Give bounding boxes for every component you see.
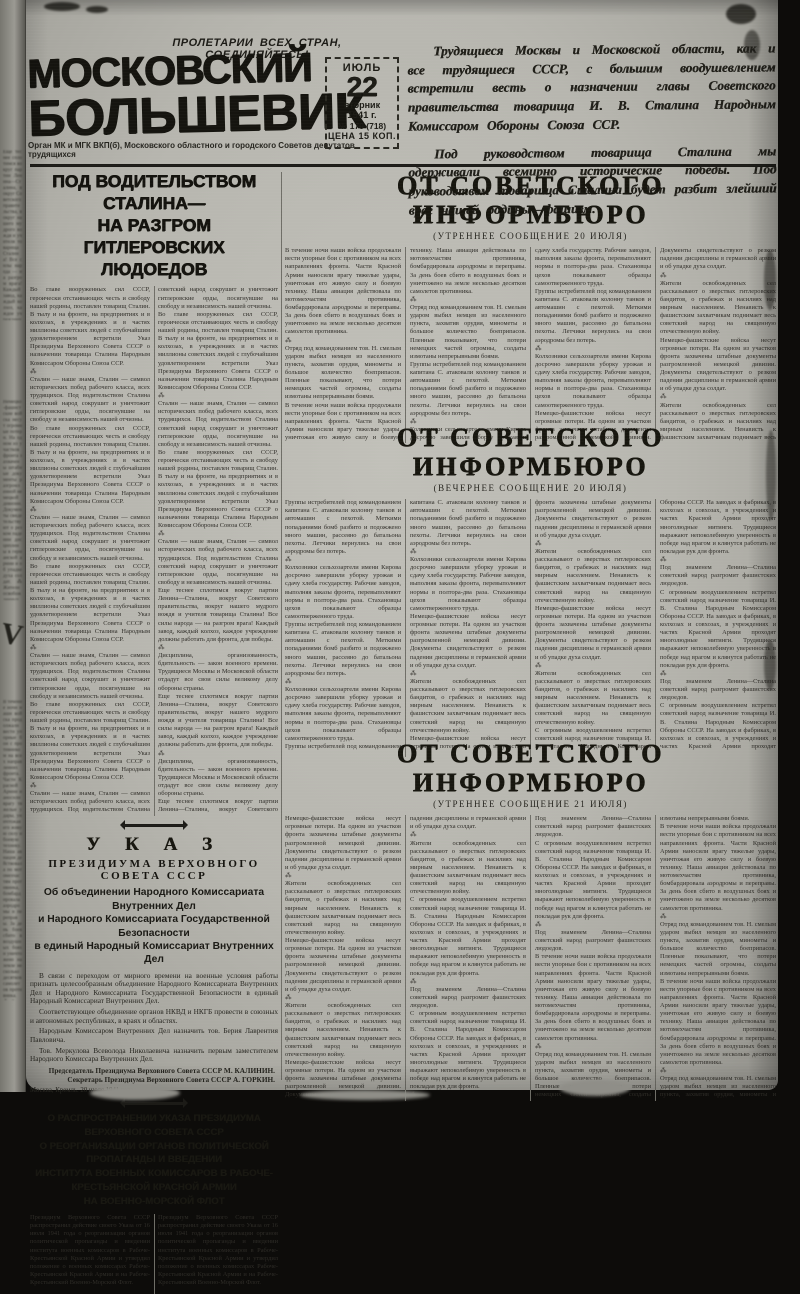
masthead-title-line2: БОЛЬШЕВИК <box>28 85 341 144</box>
adjacent-page-text-fragment: Немецко-фашистские войска несут огромные… <box>3 400 22 600</box>
newspaper-page: ПРОЛЕТАРИИ ВСЕХ СТРАН, СОЕДИНЯЙТЕСЬ! МОС… <box>26 0 778 1090</box>
communique-body-text: В течение ночи наши войска продолжали ве… <box>285 247 776 443</box>
adjacent-page-edge: Еще теснее сплотимся вокруг партии Ленин… <box>0 0 26 1092</box>
informbyuro-subtitle: (УТРЕННЕЕ СООБЩЕНИЕ 20 ИЮЛЯ) <box>285 231 776 241</box>
informbyuro-section-morning-21: ОТ СОВЕТСКОГО ИНФОРМБЮРО (УТРЕННЕЕ СООБЩ… <box>285 740 776 1101</box>
informbyuro-section-morning-20: ОТ СОВЕТСКОГО ИНФОРМБЮРО (УТРЕННЕЕ СООБЩ… <box>285 172 776 443</box>
ukaz-subject-line3: в единый Народный Комиссариат Внутренних… <box>30 940 278 967</box>
scan-artifact <box>44 2 80 11</box>
communique-body-text: Немецко-фашистские войска несут огромные… <box>285 815 776 1101</box>
scan-artifact <box>764 250 776 310</box>
scan-artifact <box>86 6 108 13</box>
ukaz-body: В связи с переходом от мирного времени н… <box>30 972 278 1064</box>
informbyuro-title: ОТ СОВЕТСКОГО ИНФОРМБЮРО <box>285 172 776 229</box>
decree2-headline-line1: О РАСПРОСТРАНЕНИИ УКАЗА ПРЕЗИДИУМА ВЕРХО… <box>30 1112 278 1118</box>
ukaz-subject: Об объединении Народного Комиссариата Вн… <box>30 886 278 966</box>
ukaz-title: У К А З <box>30 834 278 856</box>
decree2-headline: О РАСПРОСТРАНЕНИИ УКАЗА ПРЕЗИДИУМА ВЕРХО… <box>30 1112 278 1118</box>
column-divider-rule <box>281 172 282 1080</box>
issue-price: ЦЕНА 15 КОП. <box>327 131 397 141</box>
issue-weekday: вторник <box>327 100 397 110</box>
torn-edge-fragment <box>560 1080 630 1096</box>
ukaz-paragraph: Тов. Меркулова Всеволода Николаевича наз… <box>30 1047 278 1064</box>
informbyuro-section-evening-20: ОТ СОВЕТСКОГО ИНФОРМБЮРО (ВЕЧЕРНЕЕ СООБЩ… <box>285 424 776 757</box>
handwritten-check-mark: V <box>0 616 25 653</box>
headline-line1: ПОД ВОДИТЕЛЬСТВОМ СТАЛИНА— <box>30 171 278 215</box>
scan-artifact <box>766 430 776 520</box>
ukaz-subject-line2: и Народного Комиссариата Государственной… <box>30 913 278 940</box>
double-arrow-divider <box>125 824 183 827</box>
scan-artifact <box>744 30 760 60</box>
torn-edge-fragment <box>300 1090 430 1100</box>
double-arrow-divider <box>125 1102 183 1105</box>
torn-edge-fragment <box>90 1086 180 1100</box>
left-article-body-text: Во главе вооруженных сил СССР, героическ… <box>30 286 278 816</box>
body-text-fragment: В течение ночи наши войска продолжали ве… <box>285 247 526 441</box>
scan-artifact <box>726 4 756 24</box>
headline-line2: НА РАЗГРОМ ГИТЛЕРОВСКИХ ЛЮДОЕДОВ <box>30 215 278 281</box>
lead-paragraph-1: Трудящиеся Москвы и Московской области, … <box>407 39 776 136</box>
ukaz-paragraph: В связи с переходом от мирного времени н… <box>30 972 278 1006</box>
header-divider-rule <box>30 164 776 167</box>
informbyuro-subtitle: (ВЕЧЕРНЕЕ СООБЩЕНИЕ 20 ИЮЛЯ) <box>285 483 776 493</box>
masthead: МОСКОВСКИЙ БОЛЬШЕВИК <box>27 46 341 144</box>
ukaz-paragraph: Народным Комиссаром Внутренних Дел назна… <box>30 1027 278 1044</box>
left-article-headline: ПОД ВОДИТЕЛЬСТВОМ СТАЛИНА— НА РАЗГРОМ ГИ… <box>30 171 278 280</box>
scan-artifact <box>764 640 776 690</box>
adjacent-page-text-fragment: Еще теснее сплотимся вокруг партии Ленин… <box>3 150 22 320</box>
masthead-subtitle: Орган МК и МГК ВКП(б), Московского облас… <box>28 141 358 159</box>
issue-date-box: ИЮЛЬ 22 вторник 1941 г. № 170 (718) ЦЕНА… <box>325 57 399 149</box>
informbyuro-subtitle: (УТРЕННЕЕ СООБЩЕНИЕ 21 ИЮЛЯ) <box>285 799 776 809</box>
informbyuro-title: ОТ СОВЕТСКОГО ИНФОРМБЮРО <box>285 740 776 797</box>
left-article-block: ПОД ВОДИТЕЛЬСТВОМ СТАЛИНА— НА РАЗГРОМ ГИ… <box>30 171 278 1118</box>
ukaz-subject-line1: Об объединении Народного Комиссариата Вн… <box>30 886 278 913</box>
issue-year: 1941 г. <box>327 110 397 121</box>
ukaz-subtitle: ПРЕЗИДИУМА ВЕРХОВНОГО СОВЕТА СССР <box>30 858 278 882</box>
adjacent-page-text-fragment: В течение ночи наши войска продолжали ве… <box>3 700 22 1000</box>
issue-number: № 170 (718) <box>327 121 397 131</box>
ukaz-signature-chairman: Председатель Президиума Верховного Совет… <box>30 1066 278 1075</box>
ukaz-paragraph: Соответствующее объединение органов НКВД… <box>30 1008 278 1025</box>
communique-body-text: Группы истребителей под командованием ка… <box>285 499 776 757</box>
issue-day: 22 <box>327 74 397 100</box>
ukaz-signature-secretary: Секретарь Президиума Верховного Совета С… <box>30 1075 278 1084</box>
informbyuro-title: ОТ СОВЕТСКОГО ИНФОРМБЮРО <box>285 424 776 481</box>
